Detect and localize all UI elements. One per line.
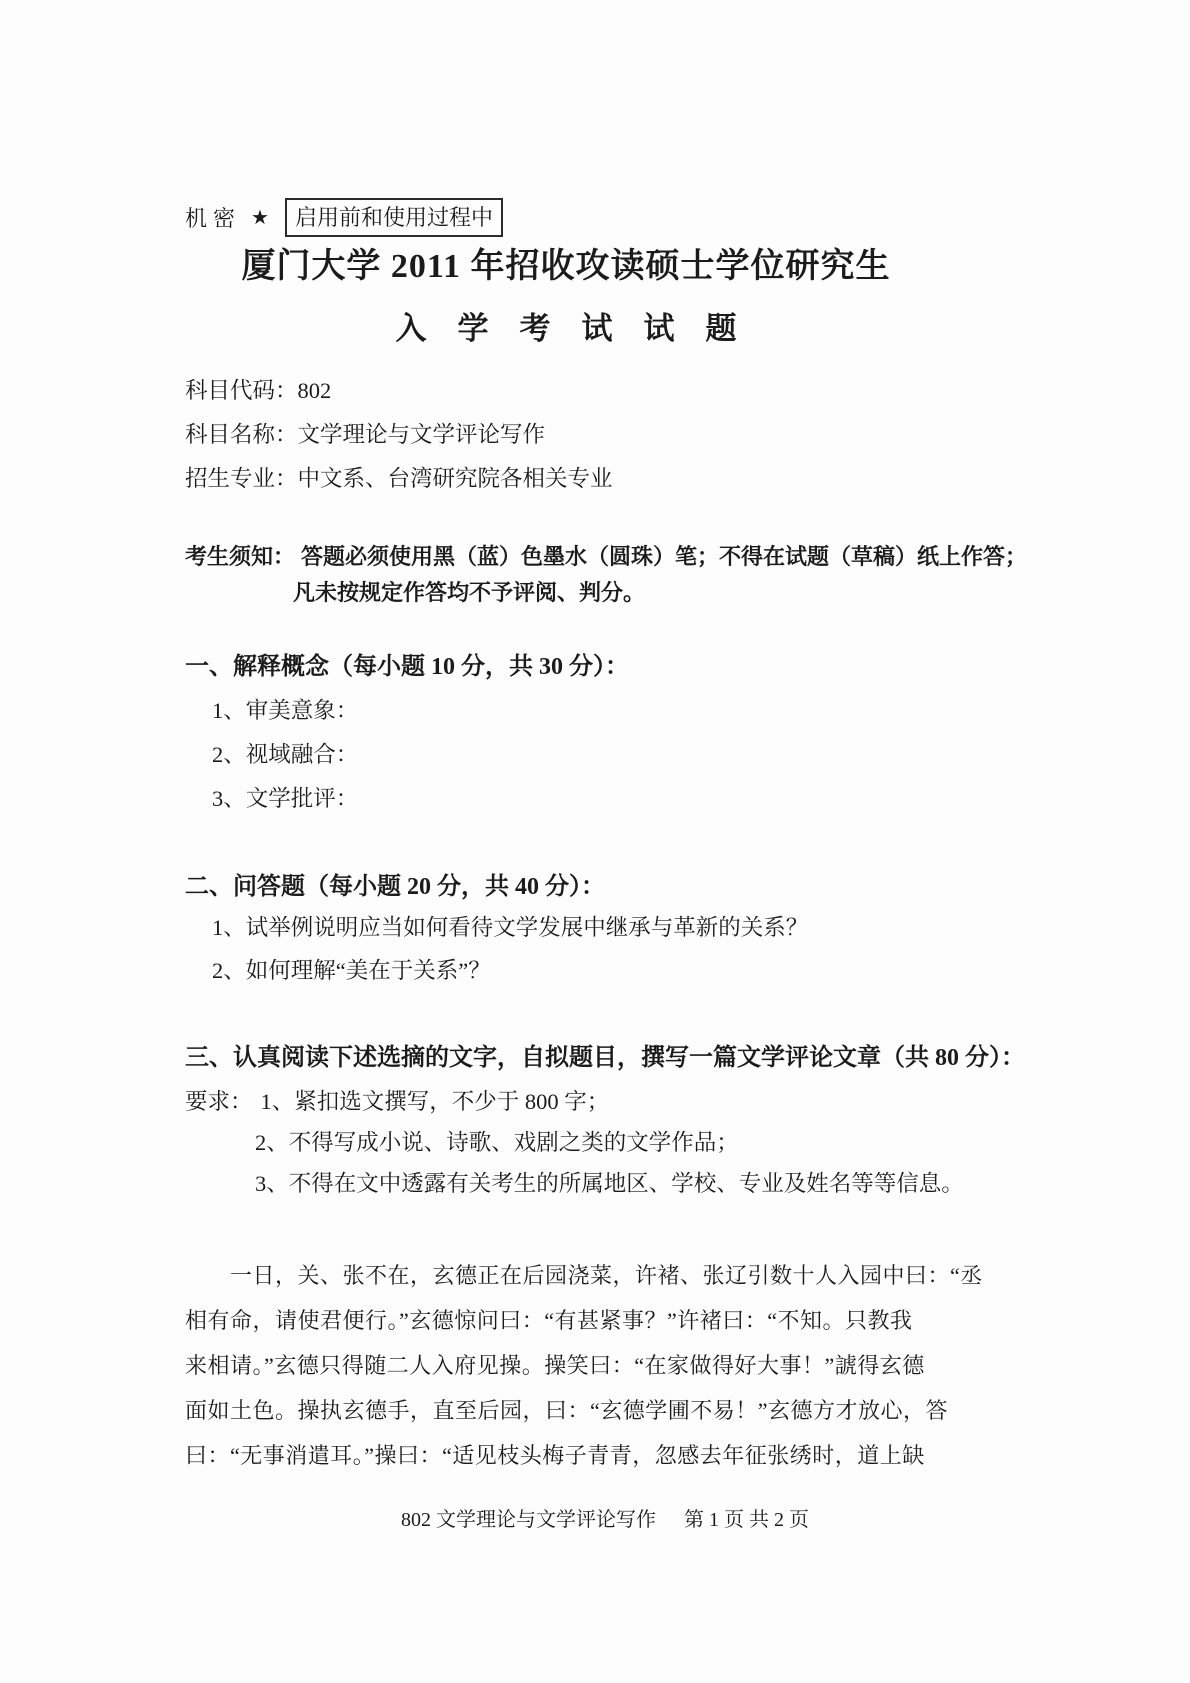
passage-line-5: 曰：“无事消遣耳。”操曰：“适见枝头梅子青青，忽感去年征张绣时，道上缺	[185, 1439, 955, 1470]
section-3-requirement-3: 3、不得在文中透露有关考生的所属地区、学校、专业及姓名等等信息。	[255, 1166, 964, 1198]
page-footer: 802 文学理论与文学评论写作 第 1 页 共 2 页	[0, 1503, 1190, 1532]
subject-code-row: 科目代码：802	[185, 373, 331, 405]
passage-line-2: 相有命，请使君便行。”玄德惊问曰：“有甚紧事？”许褚曰：“不知。只教我	[185, 1304, 955, 1335]
section-2-heading: 二、问答题（每小题 20 分，共 40 分）：	[185, 866, 605, 901]
section-1-item-2: 2、视域融合：	[212, 737, 358, 769]
classification-label: 机密	[185, 202, 241, 233]
candidate-notice-text: 答题必须使用黑（蓝）色墨水（圆珠）笔；不得在试题（草稿）纸上作答；	[301, 544, 1027, 569]
subject-code-value: 802	[298, 378, 332, 403]
exam-paper-page: 机密 ★ 启用前和使用过程中 厦门大学 2011 年招收攻读硕士学位研究生 入 …	[0, 0, 1190, 1683]
requirements-label: 要求：	[185, 1084, 253, 1116]
passage-line-3: 来相请。”玄德只得随二人入府见操。操笑曰：“在家做得好大事！”諕得玄德	[185, 1349, 955, 1380]
section-1-heading: 一、解释概念（每小题 10 分，共 30 分）：	[185, 646, 629, 681]
section-1-item-3: 3、文学批评：	[212, 781, 358, 813]
candidate-notice-line-1: 考生须知：答题必须使用黑（蓝）色墨水（圆珠）笔；不得在试题（草稿）纸上作答；	[185, 540, 1027, 571]
security-header: 机密 ★ 启用前和使用过程中	[185, 198, 503, 237]
footer-page-info: 第 1 页 共 2 页	[684, 1503, 809, 1532]
subject-name-row: 科目名称：文学理论与文学评论写作	[185, 417, 545, 449]
requirement-1-text: 1、紧扣选文撰写，不少于 800 字；	[261, 1084, 610, 1116]
section-1-item-1: 1、审美意象：	[212, 693, 358, 725]
exam-title: 厦门大学 2011 年招收攻读硕士学位研究生	[185, 238, 947, 287]
exam-subtitle: 入 学 考 试 试 题	[185, 303, 947, 348]
section-3-heading: 三、认真阅读下述选摘的文字，自拟题目，撰写一篇文学评论文章（共 80 分）：	[185, 1037, 1025, 1072]
passage-line-4: 面如土色。操执玄德手，直至后园，曰：“玄德学圃不易！”玄德方才放心，答	[185, 1394, 955, 1425]
subject-name-label: 科目名称：	[185, 422, 298, 447]
candidate-notice-line-2: 凡未按规定作答均不予评阅、判分。	[293, 576, 645, 607]
section-2-item-1: 1、试举例说明应当如何看待文学发展中继承与革新的关系？	[212, 910, 808, 942]
footer-course: 802 文学理论与文学评论写作	[401, 1503, 656, 1532]
section-3-requirement-2: 2、不得写成小说、诗歌、戏剧之类的文学作品；	[255, 1125, 739, 1157]
enroll-major-value: 中文系、台湾研究院各相关专业	[298, 466, 613, 491]
star-icon: ★	[251, 205, 269, 230]
enroll-major-label: 招生专业：	[185, 466, 298, 491]
enroll-major-row: 招生专业：中文系、台湾研究院各相关专业	[185, 461, 613, 493]
section-2-item-2: 2、如何理解“美在于关系”？	[212, 953, 491, 985]
subject-code-label: 科目代码：	[185, 378, 298, 403]
candidate-notice-label: 考生须知：	[185, 544, 295, 569]
section-3-requirement-1: 要求：1、紧扣选文撰写，不少于 800 字；	[185, 1084, 609, 1116]
subject-name-value: 文学理论与文学评论写作	[298, 422, 546, 447]
passage-line-1: 一日，关、张不在，玄德正在后园浇菜，许褚、张辽引数十人入园中曰：“丞	[185, 1259, 955, 1290]
usage-period-box: 启用前和使用过程中	[285, 198, 503, 237]
